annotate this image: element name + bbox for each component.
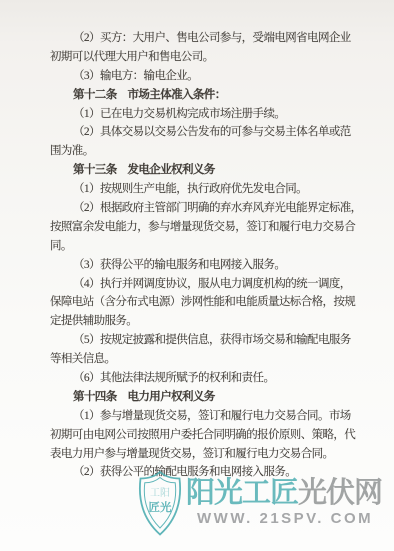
document-line: 第十四条 电力用户权利义务	[50, 388, 358, 407]
document-line: （5）按规定披露和提供信息，获得市场交易和输配电服务	[50, 331, 358, 350]
document-line: （2）获得公平的输配电服务和电网接入服务。	[50, 463, 358, 482]
document-line: （3）获得公平的输电服务和电网接入服务。	[50, 256, 358, 275]
scanned-document-page: （2）买方：大用户、售电公司参与，受端电网省电网企业初期可以代理大用户和售电公司…	[0, 0, 394, 551]
document-line: 第十三条 发电企业权利义务	[50, 161, 358, 180]
shield-text-top: 工阳	[150, 487, 170, 499]
document-line: 保障电站（含分布式电源）涉网性能和电能质量达标合格，按规	[50, 293, 358, 312]
document-line: （6）其他法律法规所赋予的权利和责任。	[50, 369, 358, 388]
document-line: 第十二条 市场主体准入条件：	[50, 86, 358, 105]
document-line: （2）根据政府主管部门明确的弃水弃风弃光电能界定标准，	[50, 199, 358, 218]
shield-text-bottom: 匠光	[149, 500, 172, 514]
document-line: 表电力用户参与增量现货交易，签订和履行电力交易合同。	[50, 445, 358, 464]
document-line: （1）按规则生产电能，执行政府优先发电合同。	[50, 180, 358, 199]
document-line: 定提供辅助服务。	[50, 312, 358, 331]
document-line: 同。	[50, 237, 358, 256]
document-line: 按照富余发电能力，参与增量现货交易，签订和履行电力交易合	[50, 218, 358, 237]
document-line: 初期可以代理大用户和售电公司。	[50, 48, 358, 67]
watermark-brand-text: 阳光工匠光伏网	[186, 478, 394, 509]
document-line: （3）输电方：输电企业。	[50, 67, 358, 86]
watermark-url: WWW. 21SPV. COM	[197, 510, 373, 527]
document-text-block: （2）买方：大用户、售电公司参与，受端电网省电网企业初期可以代理大用户和售电公司…	[50, 29, 358, 482]
document-line: 初期可由电网公司按照用户委托合同明确的报价原则、策略，代	[50, 426, 358, 445]
document-line: （1）参与增量现货交易，签订和履行电力交易合同。市场	[50, 407, 358, 426]
document-line: 围为准。	[50, 142, 358, 161]
document-line: 等相关信息。	[50, 350, 358, 369]
document-line: （1）已在电力交易机构完成市场注册手续。	[50, 105, 358, 124]
document-line: （2）买方：大用户、售电公司参与，受端电网省电网企业	[50, 29, 358, 48]
document-line: （4）执行并网调度协议，服从电力调度机构的统一调度，	[50, 275, 358, 294]
document-line: （2）具体交易以交易公告发布的可参与交易主体名单或范	[50, 123, 358, 142]
